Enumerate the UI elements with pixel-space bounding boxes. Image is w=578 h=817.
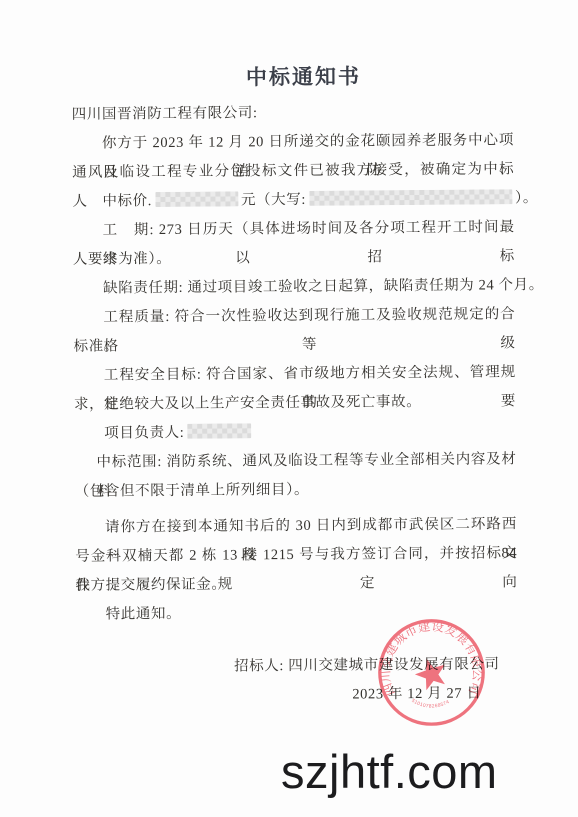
scanned-document-page: 中标通知书 四川国晋消防工程有限公司: 你方于 2023 年 12 月 20 日… [0,0,578,817]
project-manager-line: 项目负责人: [74,416,516,448]
duration-line1: 工 期: 273 日历天（具体进场时间及各分项工程开工时间最终以招标 [73,213,515,245]
redacted-price-figure [155,191,238,207]
scope-line2: （包含但不限于清单上所列细目）。 [75,474,517,506]
bid-price-line: 中标价.元（大写:）。 [72,184,514,216]
watermark-text: szjhtf.com [281,744,498,799]
svg-text:四川交建城市建设发展有限公司: 四川交建城市建设发展有限公司 [378,618,484,698]
safety-target-line1: 工程安全目标: 符合国家、省市级地方相关安全法规、管理规定的要 [74,358,516,390]
svg-text:5101078268574: 5101078268574 [410,698,450,710]
document-title: 中标通知书 [0,59,578,94]
acceptance-paragraph-line1: 你方于 2023 年 12 月 20 日所递交的金花颐园养老服务中心项目消防、 [72,126,514,158]
seal-number-text: 5101078268574 [410,698,450,710]
project-manager-label: 项目负责人: [104,425,184,442]
bid-price-words-label: 元（大写: [241,192,306,209]
document-scan: 中标通知书 四川国晋消防工程有限公司: 你方于 2023 年 12 月 20 日… [0,0,578,817]
star-icon [411,654,450,692]
company-seal: 四川交建城市建设发展有限公司 5101078268574 [373,613,490,730]
bid-price-suffix: ）。 [515,190,538,206]
bid-price-label: 中标价. [102,193,152,209]
signing-instruction-line1: 请你方在接到本通知书后的 30 日内到成都市武侯区二环路西一段 84 [75,510,517,542]
addressee-line: 四川国晋消防工程有限公司: [72,97,514,129]
seal-company-text: 四川交建城市建设发展有限公司 [378,618,484,698]
acceptance-paragraph-line2: 通风及临设工程专业分包投标文件已被我方接受，被确定为中标人。 [72,155,514,187]
signing-instruction-line2: 号金科双楠天都 2 栋 13 楼 1215 号与我方签订合同，并按招标文件规定向 [75,539,517,571]
quality-line1: 工程质量: 符合一次性验收达到现行施工及验收规范规定的合格等级 [73,300,515,332]
scope-line1: 中标范围: 消防系统、通风及临设工程等专业全部相关内容及材料 [74,445,516,477]
defect-liability-line: 缺陷责任期: 通过项目竣工验收之日起算，缺陷责任期为 24 个月。 [73,271,515,303]
redacted-manager-name [187,423,251,439]
redacted-price-words [309,189,512,206]
